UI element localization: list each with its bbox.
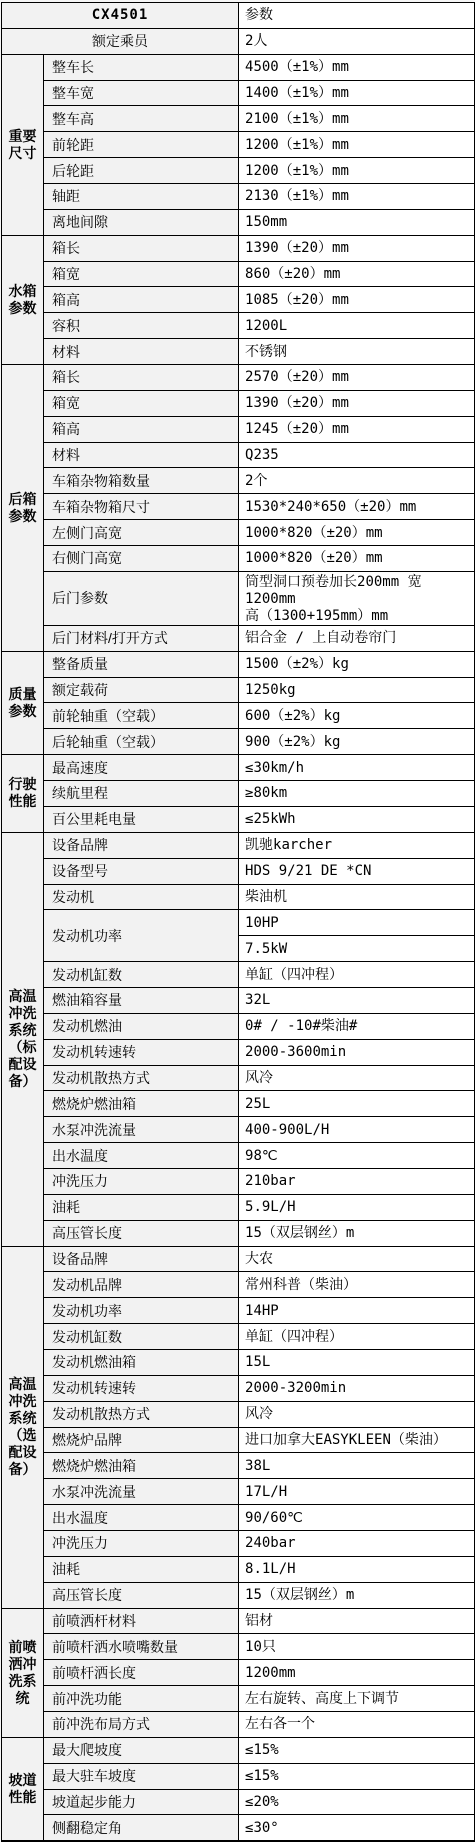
param-label: 发动机缸数 bbox=[44, 1324, 239, 1350]
table-row: 冲洗压力210bar bbox=[2, 1168, 475, 1194]
table-row: 前喷杆洒长度1200mm bbox=[2, 1660, 475, 1686]
table-row: 高温冲洗系统（选配设备）设备品牌大农 bbox=[2, 1246, 475, 1272]
param-value: ≤30km/h bbox=[239, 755, 475, 781]
param-label: 设备型号 bbox=[44, 858, 239, 884]
param-value: 2570（±20）mm bbox=[239, 365, 475, 391]
spec-sheet: CX4501参数额定乘员2人重要尺寸整车长4500（±1%）mm整车宽1400（… bbox=[0, 0, 475, 1842]
param-value: 1200mm bbox=[239, 1660, 475, 1686]
param-value: 860（±20）mm bbox=[239, 261, 475, 287]
table-row: 燃烧炉燃油箱38L bbox=[2, 1453, 475, 1479]
table-row: CX4501参数 bbox=[2, 3, 475, 29]
table-row: 设备型号HDS 9/21 DE *CN bbox=[2, 858, 475, 884]
table-row: 箱高1085（±20）mm bbox=[2, 287, 475, 313]
param-value: 210bar bbox=[239, 1168, 475, 1194]
param-value: 1390（±20）mm bbox=[239, 390, 475, 416]
table-row: 高压管长度15（双层钢丝）m bbox=[2, 1220, 475, 1246]
param-label: 轴距 bbox=[44, 184, 239, 210]
table-row: 离地间隙150mm bbox=[2, 209, 475, 235]
param-label: 前喷杆洒长度 bbox=[44, 1660, 239, 1686]
param-label: 设备品牌 bbox=[44, 832, 239, 858]
section-label: 高温冲洗系统（选配设备） bbox=[2, 1246, 44, 1608]
param-value: 筒型洞口预卷加长200mm 宽1200mm 高（1300+195mm）mm bbox=[239, 571, 475, 625]
table-row: 前轮距1200（±1%）mm bbox=[2, 132, 475, 158]
param-value: ≤20% bbox=[239, 1789, 475, 1815]
param-value: 10HP bbox=[239, 910, 475, 936]
table-row: 水泵冲洗流量400-900L/H bbox=[2, 1117, 475, 1143]
param-label: 燃烧炉燃油箱 bbox=[44, 1091, 239, 1117]
param-label: 前喷杆洒水喷嘴数量 bbox=[44, 1634, 239, 1660]
table-row: 发动机转速转2000-3600min bbox=[2, 1039, 475, 1065]
table-row: 发动机燃油箱15L bbox=[2, 1349, 475, 1375]
param-label: 发动机品牌 bbox=[44, 1272, 239, 1298]
param-value: 单缸（四冲程） bbox=[239, 962, 475, 988]
param-value: 38L bbox=[239, 1453, 475, 1479]
table-row: 发动机缸数单缸（四冲程） bbox=[2, 962, 475, 988]
param-value: 进口加拿大EASYKLEEN（柴油） bbox=[239, 1427, 475, 1453]
table-row: 质量参数整备质量1500（±2%）kg bbox=[2, 651, 475, 677]
param-value: 98℃ bbox=[239, 1143, 475, 1169]
param-value: 400-900L/H bbox=[239, 1117, 475, 1143]
spec-table: CX4501参数额定乘员2人重要尺寸整车长4500（±1%）mm整车宽1400（… bbox=[1, 2, 475, 1842]
spec-table-body: CX4501参数额定乘员2人重要尺寸整车长4500（±1%）mm整车宽1400（… bbox=[2, 3, 475, 1842]
param-value: 1500（±2%）kg bbox=[239, 651, 475, 677]
table-row: 箱宽860（±20）mm bbox=[2, 261, 475, 287]
table-row: 发动机柴油机 bbox=[2, 884, 475, 910]
section-label: 重要尺寸 bbox=[2, 54, 44, 235]
param-value: HDS 9/21 DE *CN bbox=[239, 858, 475, 884]
table-row: 高压管长度15（双层钢丝）m bbox=[2, 1582, 475, 1608]
param-label: 水泵冲洗流量 bbox=[44, 1479, 239, 1505]
table-row: 箱高1245（±20）mm bbox=[2, 416, 475, 442]
section-label: 高温冲洗系统（标配设备） bbox=[2, 832, 44, 1246]
table-row: 燃烧炉燃油箱25L bbox=[2, 1091, 475, 1117]
table-row: 车箱杂物箱尺寸1530*240*650（±20）mm bbox=[2, 494, 475, 520]
table-row: 后轮轴重（空载）900（±2%）kg bbox=[2, 729, 475, 755]
param-value: 32L bbox=[239, 987, 475, 1013]
param-label: 侧翻稳定角 bbox=[44, 1815, 239, 1841]
param-label: 冲洗压力 bbox=[44, 1530, 239, 1556]
param-value: ≤30° bbox=[239, 1815, 475, 1841]
model-header: CX4501 bbox=[2, 3, 239, 29]
param-label: 前轮轴重（空载） bbox=[44, 703, 239, 729]
param-label: 油耗 bbox=[44, 1556, 239, 1582]
table-row: 材料不锈钢 bbox=[2, 339, 475, 365]
param-label: 整车宽 bbox=[44, 80, 239, 106]
param-value: 10只 bbox=[239, 1634, 475, 1660]
table-row: 左侧门高宽1000*820（±20）mm bbox=[2, 520, 475, 546]
param-label: 容积 bbox=[44, 313, 239, 339]
param-label: 燃烧炉燃油箱 bbox=[44, 1453, 239, 1479]
param-value: ≤25kWh bbox=[239, 806, 475, 832]
param-label: 百公里耗电量 bbox=[44, 806, 239, 832]
param-value: 900（±2%）kg bbox=[239, 729, 475, 755]
param-label: 后轮距 bbox=[44, 158, 239, 184]
table-row: 整车高2100（±1%）mm bbox=[2, 106, 475, 132]
param-value: 1200（±1%）mm bbox=[239, 158, 475, 184]
param-value: 左右旋转、高度上下调节 bbox=[239, 1686, 475, 1712]
param-label: 额定载荷 bbox=[44, 677, 239, 703]
param-value: 凯驰karcher bbox=[239, 832, 475, 858]
param-label: 右侧门高宽 bbox=[44, 546, 239, 572]
table-row: 坡道起步能力≤20% bbox=[2, 1789, 475, 1815]
param-label: 发动机转速转 bbox=[44, 1375, 239, 1401]
param-label: 最大爬坡度 bbox=[44, 1737, 239, 1763]
table-row: 前喷洒冲洗系统前喷洒杆材料铝材 bbox=[2, 1608, 475, 1634]
param-value: 4500（±1%）mm bbox=[239, 54, 475, 80]
param-value: 5.9L/H bbox=[239, 1194, 475, 1220]
table-row: 油耗8.1L/H bbox=[2, 1556, 475, 1582]
param-value: 14HP bbox=[239, 1298, 475, 1324]
param-value: 600（±2%）kg bbox=[239, 703, 475, 729]
param-value: 0# / -10#柴油# bbox=[239, 1013, 475, 1039]
param-value: 15（双层钢丝）m bbox=[239, 1220, 475, 1246]
table-row: 发动机缸数单缸（四冲程） bbox=[2, 1324, 475, 1350]
param-label: 高压管长度 bbox=[44, 1582, 239, 1608]
param-value: 2个 bbox=[239, 468, 475, 494]
param-label: 整车高 bbox=[44, 106, 239, 132]
param-value: 8.1L/H bbox=[239, 1556, 475, 1582]
param-label: 续航里程 bbox=[44, 781, 239, 807]
section-label: 行驶性能 bbox=[2, 755, 44, 833]
param-value: 2100（±1%）mm bbox=[239, 106, 475, 132]
section-label: 坡道性能 bbox=[2, 1737, 44, 1841]
param-label: 前轮距 bbox=[44, 132, 239, 158]
param-value: 大农 bbox=[239, 1246, 475, 1272]
param-value: 240bar bbox=[239, 1530, 475, 1556]
param-value: 15（双层钢丝）m bbox=[239, 1582, 475, 1608]
table-row: 前轮轴重（空载）600（±2%）kg bbox=[2, 703, 475, 729]
param-label: 材料 bbox=[44, 339, 239, 365]
param-value: 不锈钢 bbox=[239, 339, 475, 365]
param-label: 离地间隙 bbox=[44, 209, 239, 235]
top-row-label: 额定乘员 bbox=[2, 28, 239, 54]
param-label: 发动机散热方式 bbox=[44, 1065, 239, 1091]
param-value: 柴油机 bbox=[239, 884, 475, 910]
table-row: 行驶性能最高速度≤30km/h bbox=[2, 755, 475, 781]
param-value: 单缸（四冲程） bbox=[239, 1324, 475, 1350]
table-row: 重要尺寸整车长4500（±1%）mm bbox=[2, 54, 475, 80]
table-row: 坡道性能最大爬坡度≤15% bbox=[2, 1737, 475, 1763]
table-row: 箱宽1390（±20）mm bbox=[2, 390, 475, 416]
table-row: 前冲洗布局方式左右各一个 bbox=[2, 1712, 475, 1738]
table-row: 材料Q235 bbox=[2, 442, 475, 468]
param-label: 坡道起步能力 bbox=[44, 1789, 239, 1815]
param-label: 前冲洗功能 bbox=[44, 1686, 239, 1712]
param-label: 出水温度 bbox=[44, 1143, 239, 1169]
param-value: 2人 bbox=[239, 28, 475, 54]
section-label: 前喷洒冲洗系统 bbox=[2, 1608, 44, 1737]
table-row: 续航里程≥80km bbox=[2, 781, 475, 807]
param-label: 燃油箱容量 bbox=[44, 987, 239, 1013]
param-label: 后门参数 bbox=[44, 571, 239, 625]
param-value: 铝合金 / 上自动卷帘门 bbox=[239, 625, 475, 651]
table-row: 发动机品牌常州科普（柴油） bbox=[2, 1272, 475, 1298]
table-row: 油耗5.9L/H bbox=[2, 1194, 475, 1220]
param-label: 箱宽 bbox=[44, 261, 239, 287]
param-value: 150mm bbox=[239, 209, 475, 235]
table-row: 发动机散热方式风冷 bbox=[2, 1065, 475, 1091]
table-row: 冲洗压力240bar bbox=[2, 1530, 475, 1556]
param-value: 15L bbox=[239, 1349, 475, 1375]
table-row: 水箱参数箱长1390（±20）mm bbox=[2, 235, 475, 261]
table-row: 额定载荷1250kg bbox=[2, 677, 475, 703]
param-value: 左右各一个 bbox=[239, 1712, 475, 1738]
param-label: 发动机 bbox=[44, 884, 239, 910]
param-value: 风冷 bbox=[239, 1065, 475, 1091]
param-value: Q235 bbox=[239, 442, 475, 468]
param-label: 发动机转速转 bbox=[44, 1039, 239, 1065]
table-row: 出水温度98℃ bbox=[2, 1143, 475, 1169]
table-row: 发动机燃油0# / -10#柴油# bbox=[2, 1013, 475, 1039]
table-row: 后门参数筒型洞口预卷加长200mm 宽1200mm 高（1300+195mm）m… bbox=[2, 571, 475, 625]
table-row: 发动机功率10HP bbox=[2, 910, 475, 936]
param-value: 1200（±1%）mm bbox=[239, 132, 475, 158]
table-row: 最大驻车坡度≤15% bbox=[2, 1763, 475, 1789]
param-label: 车箱杂物箱尺寸 bbox=[44, 494, 239, 520]
param-label: 整备质量 bbox=[44, 651, 239, 677]
param-label: 前冲洗布局方式 bbox=[44, 1712, 239, 1738]
param-value: 2130（±1%）mm bbox=[239, 184, 475, 210]
param-label: 后门材料/打开方式 bbox=[44, 625, 239, 651]
param-value: 常州科普（柴油） bbox=[239, 1272, 475, 1298]
param-value: 风冷 bbox=[239, 1401, 475, 1427]
table-row: 燃油箱容量32L bbox=[2, 987, 475, 1013]
table-row: 燃烧炉品牌进口加拿大EASYKLEEN（柴油） bbox=[2, 1427, 475, 1453]
param-label: 整车长 bbox=[44, 54, 239, 80]
section-label: 水箱参数 bbox=[2, 235, 44, 364]
param-value: 90/60℃ bbox=[239, 1505, 475, 1531]
table-row: 侧翻稳定角≤30° bbox=[2, 1815, 475, 1841]
param-value: ≥80km bbox=[239, 781, 475, 807]
param-label: 前喷洒杆材料 bbox=[44, 1608, 239, 1634]
param-value: 1250kg bbox=[239, 677, 475, 703]
table-row: 发动机功率14HP bbox=[2, 1298, 475, 1324]
table-row: 高温冲洗系统（标配设备）设备品牌凯驰karcher bbox=[2, 832, 475, 858]
table-row: 整车宽1400（±1%）mm bbox=[2, 80, 475, 106]
table-row: 百公里耗电量≤25kWh bbox=[2, 806, 475, 832]
table-row: 后轮距1200（±1%）mm bbox=[2, 158, 475, 184]
param-label: 车箱杂物箱数量 bbox=[44, 468, 239, 494]
table-row: 发动机转速转2000-3200min bbox=[2, 1375, 475, 1401]
param-value: 铝材 bbox=[239, 1608, 475, 1634]
param-label: 发动机燃油 bbox=[44, 1013, 239, 1039]
param-label: 箱长 bbox=[44, 365, 239, 391]
param-label: 水泵冲洗流量 bbox=[44, 1117, 239, 1143]
param-label: 冲洗压力 bbox=[44, 1168, 239, 1194]
param-label: 发动机燃油箱 bbox=[44, 1349, 239, 1375]
param-value: 1000*820（±20）mm bbox=[239, 520, 475, 546]
param-value: 17L/H bbox=[239, 1479, 475, 1505]
section-label: 质量参数 bbox=[2, 651, 44, 754]
param-label: 设备品牌 bbox=[44, 1246, 239, 1272]
param-label: 最高速度 bbox=[44, 755, 239, 781]
param-label: 后轮轴重（空载） bbox=[44, 729, 239, 755]
param-label: 箱宽 bbox=[44, 390, 239, 416]
param-label: 箱高 bbox=[44, 416, 239, 442]
param-label: 燃烧炉品牌 bbox=[44, 1427, 239, 1453]
param-label: 箱高 bbox=[44, 287, 239, 313]
table-row: 发动机散热方式风冷 bbox=[2, 1401, 475, 1427]
table-row: 出水温度90/60℃ bbox=[2, 1505, 475, 1531]
param-value: 25L bbox=[239, 1091, 475, 1117]
param-label: 出水温度 bbox=[44, 1505, 239, 1531]
param-label: 发动机功率 bbox=[44, 910, 239, 962]
table-row: 右侧门高宽1000*820（±20）mm bbox=[2, 546, 475, 572]
param-value: 1085（±20）mm bbox=[239, 287, 475, 313]
table-row: 前冲洗功能左右旋转、高度上下调节 bbox=[2, 1686, 475, 1712]
param-value: 1245（±20）mm bbox=[239, 416, 475, 442]
param-value: ≤15% bbox=[239, 1737, 475, 1763]
param-value: 1530*240*650（±20）mm bbox=[239, 494, 475, 520]
param-value: ≤15% bbox=[239, 1763, 475, 1789]
param-value: 1200L bbox=[239, 313, 475, 339]
table-row: 水泵冲洗流量17L/H bbox=[2, 1479, 475, 1505]
param-label: 左侧门高宽 bbox=[44, 520, 239, 546]
table-row: 车箱杂物箱数量2个 bbox=[2, 468, 475, 494]
param-value: 7.5kW bbox=[239, 936, 475, 962]
param-label: 发动机功率 bbox=[44, 1298, 239, 1324]
param-value: 1390（±20）mm bbox=[239, 235, 475, 261]
section-label: 后箱参数 bbox=[2, 365, 44, 652]
param-column-header: 参数 bbox=[239, 3, 475, 29]
table-row: 容积1200L bbox=[2, 313, 475, 339]
param-label: 材料 bbox=[44, 442, 239, 468]
table-row: 后箱参数箱长2570（±20）mm bbox=[2, 365, 475, 391]
param-value: 2000-3600min bbox=[239, 1039, 475, 1065]
table-row: 轴距2130（±1%）mm bbox=[2, 184, 475, 210]
param-label: 箱长 bbox=[44, 235, 239, 261]
table-row: 额定乘员2人 bbox=[2, 28, 475, 54]
param-label: 发动机缸数 bbox=[44, 962, 239, 988]
table-row: 前喷杆洒水喷嘴数量10只 bbox=[2, 1634, 475, 1660]
param-label: 高压管长度 bbox=[44, 1220, 239, 1246]
param-label: 油耗 bbox=[44, 1194, 239, 1220]
param-value: 1000*820（±20）mm bbox=[239, 546, 475, 572]
table-row: 后门材料/打开方式铝合金 / 上自动卷帘门 bbox=[2, 625, 475, 651]
param-value: 1400（±1%）mm bbox=[239, 80, 475, 106]
param-label: 发动机散热方式 bbox=[44, 1401, 239, 1427]
param-value: 2000-3200min bbox=[239, 1375, 475, 1401]
param-label: 最大驻车坡度 bbox=[44, 1763, 239, 1789]
